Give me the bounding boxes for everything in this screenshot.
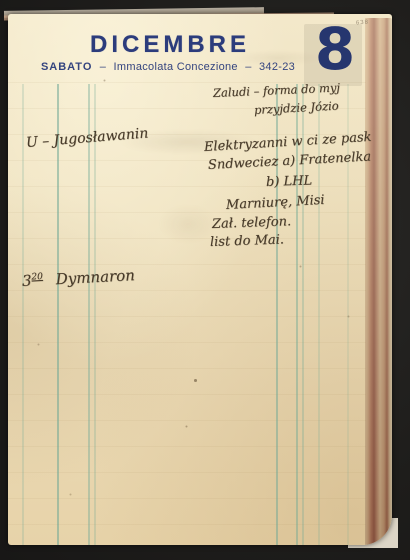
ledger-vline — [57, 84, 59, 545]
separator-dash: – — [100, 61, 106, 73]
pencil-corner-mark: 638 — [356, 20, 369, 27]
diary-page: DICEMBRE SABATO – Immacolata Concezione … — [8, 14, 392, 545]
note-hour-sup: 20 — [31, 272, 43, 283]
separator-dash: – — [245, 61, 251, 73]
ledger-vline — [276, 84, 278, 545]
photo-background: DICEMBRE SABATO – Immacolata Concezione … — [0, 0, 410, 560]
day-name: SABATO — [41, 61, 92, 73]
note-right-6: list do Mai. — [210, 232, 284, 250]
note-right-3: b) LHL — [266, 173, 313, 190]
day-subtitle: SABATO – Immacolata Concezione – 342-23 — [28, 61, 308, 73]
ledger-vline — [22, 84, 24, 545]
note-right-5: Zał. telefon. — [212, 214, 292, 232]
month-title: DICEMBRE — [60, 31, 280, 59]
holiday-name: Immacolata Concezione — [114, 61, 238, 73]
ledger-vline — [94, 84, 96, 545]
paper-specks — [8, 14, 9, 15]
stacked-page-edges — [365, 18, 392, 545]
ledger-vline — [88, 84, 90, 545]
day-of-year-count: 342-23 — [259, 61, 295, 73]
day-number: 8 — [310, 18, 360, 82]
